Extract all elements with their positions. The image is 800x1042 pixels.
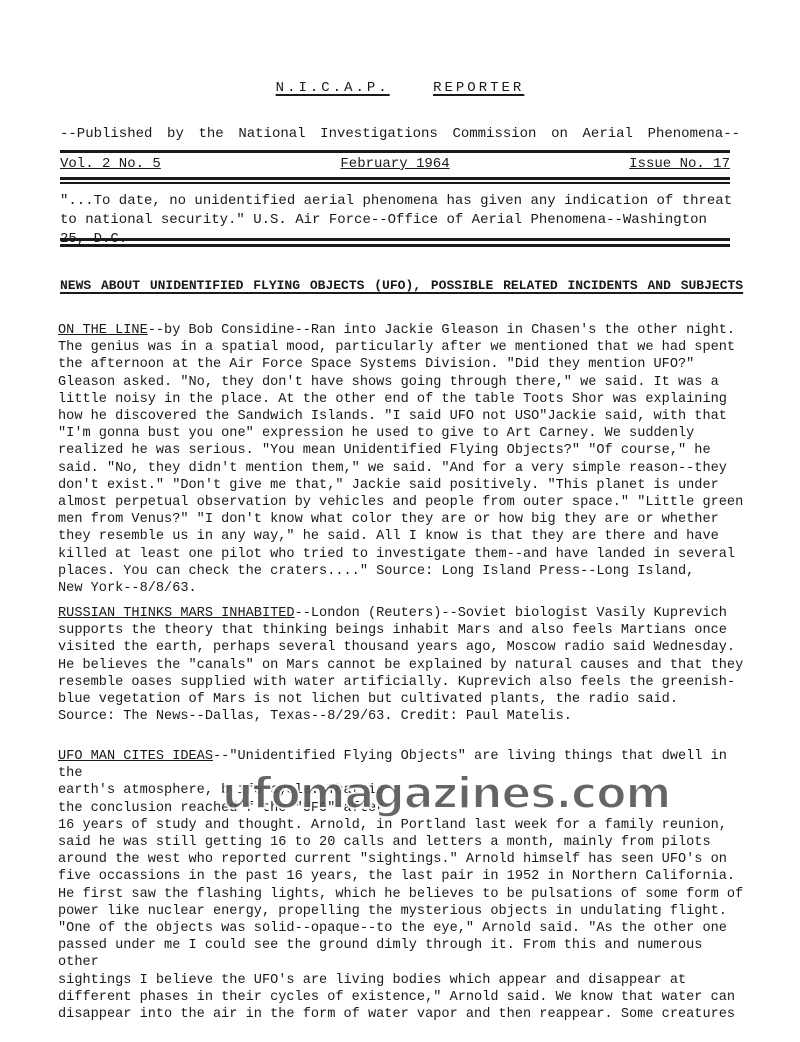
issue-date: February 1964	[340, 156, 449, 172]
masthead: N.I.C.A.P. REPORTER	[0, 80, 800, 96]
newsletter-page: N.I.C.A.P. REPORTER --Published by the N…	[0, 0, 800, 1042]
article-russian-mars: RUSSIAN THINKS MARS INHABITED--London (R…	[58, 605, 748, 725]
article-on-the-line: ON THE LINE--by Bob Considine--Ran into …	[58, 322, 748, 597]
issue-number: Issue No. 17	[629, 156, 730, 172]
watermark: ufomagazines.com	[222, 768, 670, 819]
volume-number: Vol. 2 No. 5	[60, 156, 161, 172]
article-body: --by Bob Considine--Ran into Jackie Glea…	[58, 323, 743, 596]
article-headline: ON THE LINE	[58, 323, 148, 338]
section-heading: NEWS ABOUT UNIDENTIFIED FLYING OBJECTS (…	[60, 278, 740, 293]
divider	[60, 238, 730, 241]
divider	[60, 182, 730, 184]
issue-info: Vol. 2 No. 5 February 1964 Issue No. 17	[60, 156, 730, 172]
divider	[60, 150, 730, 153]
article-headline: UFO MAN CITES IDEAS	[58, 749, 213, 764]
publisher-line: --Published by the National Investigatio…	[60, 126, 740, 142]
masthead-org: N.I.C.A.P.	[276, 80, 390, 96]
article-headline: RUSSIAN THINKS MARS INHABITED	[58, 606, 295, 621]
masthead-title: REPORTER	[433, 80, 524, 96]
divider	[60, 177, 730, 180]
divider	[60, 244, 730, 247]
article-body: --London (Reuters)--Soviet biologist Vas…	[58, 606, 743, 724]
